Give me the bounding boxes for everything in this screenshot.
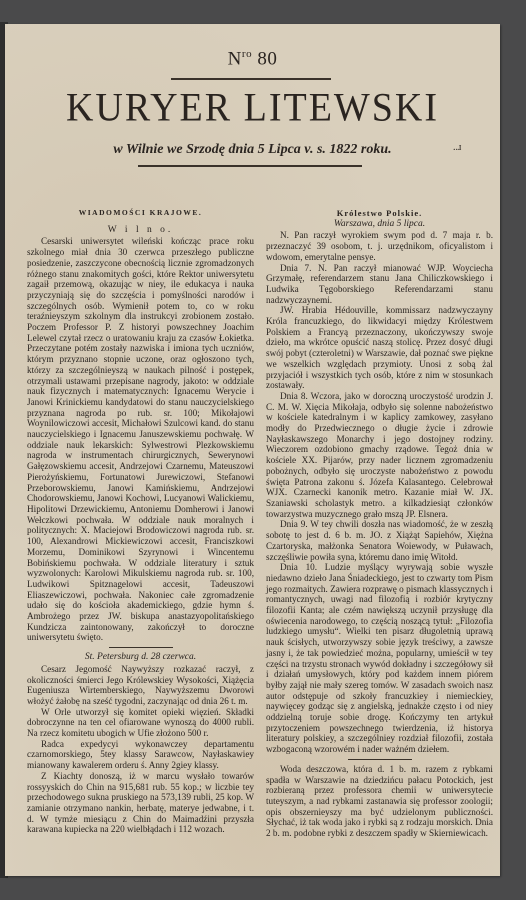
newspaper-page: Nro 80 KURYER LITEWSKI w Wilnie we Srzod… [5, 24, 500, 876]
left-column: WIADOMOŚCI KRAJOWE. W i l n o. Cesarski … [27, 208, 254, 835]
paragraph: W Orle utworzył się komitet opieki więzi… [27, 707, 254, 739]
dateline: w Wilnie we Srzodę dnia 5 Lipca v. s. 18… [5, 142, 500, 158]
masthead-rule-bottom [138, 165, 362, 167]
newspaper-title: KURYER LITEWSKI [5, 85, 500, 131]
issue-prefix-sup: ro [242, 48, 252, 60]
paragraph: Dnia 10. Ludzie myślący wyrywają sobie w… [266, 562, 493, 755]
paragraph: Woda deszczowa, która d. 1 b. m. razem z… [266, 764, 493, 839]
issue-number-value: 80 [257, 48, 277, 69]
right-column: Królestwo Polskie. Warszawa, dnia 5 lipc… [266, 208, 493, 839]
article-heading-petersburg: St. Petersburg d. 28 czerwca. [27, 652, 254, 663]
paragraph: Dnia 7. N. Pan raczył mianować WJP. Woyc… [266, 263, 493, 306]
paragraph: Cesarz Jegomość Naywyższy rozkazać raczy… [27, 664, 254, 707]
section-heading-domestic-news: WIADOMOŚCI KRAJOWE. [27, 208, 254, 219]
article-separator [109, 647, 173, 648]
article-heading-warszawa: Warszawa, dnia 5 lipca. [266, 219, 493, 230]
paragraph: N. Pan raczył wyrokiem swym pod d. 7 maj… [266, 230, 493, 262]
masthead-rule-top [171, 78, 331, 80]
paragraph: Dnia 9. W tey chwili doszła nas wiadomoś… [266, 519, 493, 562]
article-heading-wilno: W i l n o. [27, 225, 254, 236]
paragraph: JW. Hrabia Hédouville, kommissarz nadzwy… [266, 305, 493, 391]
corner-mark: ..ɹ [453, 142, 461, 153]
issue-number: Nro 80 [5, 48, 500, 70]
paragraph: Z Kiachty donoszą, iż w marcu wysłało to… [27, 771, 254, 835]
article-text-wilno: Cesarski uniwersytet wileński kończąc pr… [27, 236, 254, 643]
paragraph: Dnia 8. Wczora, jako w doroczną uroczyst… [266, 391, 493, 519]
paragraph: Radca expedycyi wykonawczey departamentu… [27, 739, 254, 771]
article-separator [348, 759, 412, 760]
section-heading-kingdom-of-poland: Królestwo Polskie. [266, 208, 493, 219]
issue-prefix: N [228, 48, 242, 69]
